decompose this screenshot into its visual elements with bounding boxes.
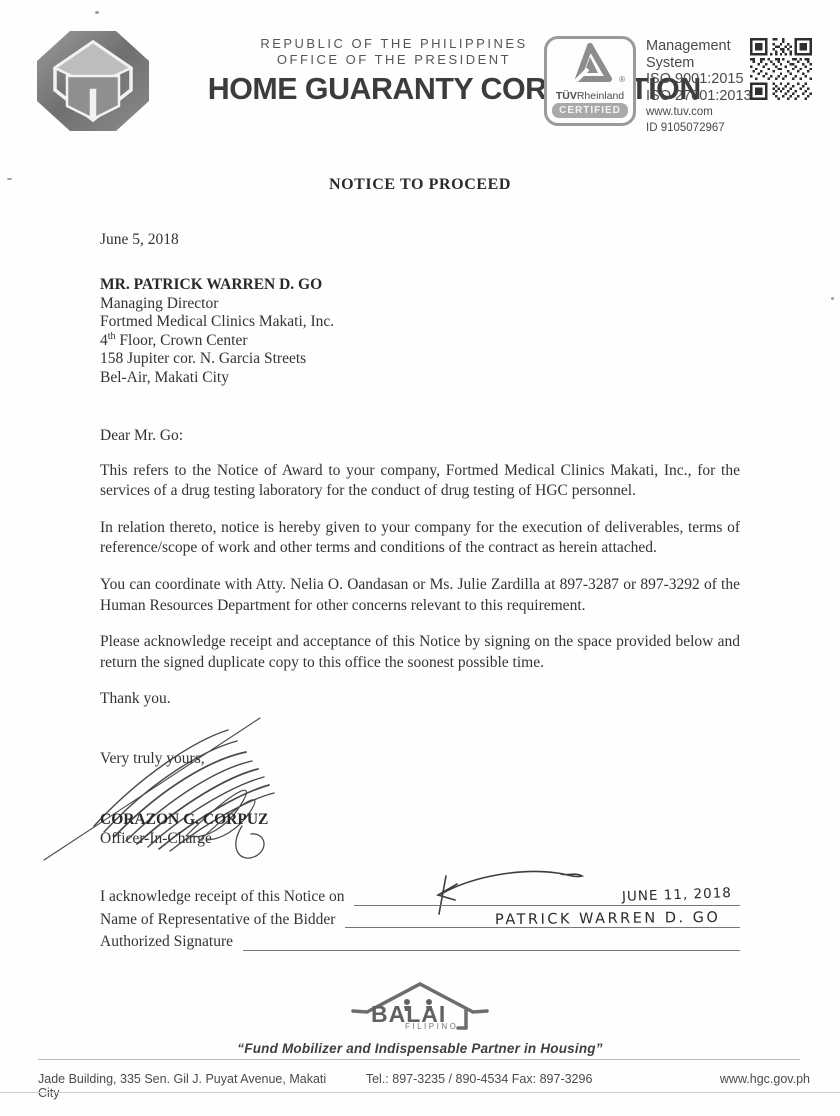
letter-title: NOTICE TO PROCEED (100, 176, 740, 194)
scan-artifact-dot (831, 297, 834, 300)
floor-ordinal: th (108, 331, 116, 342)
registered-mark: ® (619, 75, 625, 84)
acknowledgment-block: I acknowledge receipt of this Notice on … (100, 886, 740, 954)
recipient-block: MR. PATRICK WARREN D. GO Managing Direct… (100, 276, 740, 388)
signatory-name: CORAZON G. CORPUZ (100, 811, 268, 829)
recipient-street: 158 Jupiter cor. N. Garcia Streets (100, 350, 740, 369)
tuv-certified-seal: TÜVRheinland ® CERTIFIED (544, 36, 636, 126)
org-name: HOME GUARANTY CORPORATION (208, 71, 580, 107)
qr-code-icon (750, 38, 812, 100)
tuv-website: www.tuv.com (646, 106, 752, 120)
letter-date: June 5, 2018 (100, 231, 740, 249)
iso-certification-text: Management System ISO 9001:2015 ISO 2700… (646, 38, 752, 135)
recipient-position: Managing Director (100, 295, 740, 314)
paragraph-3: You can coordinate with Atty. Nelia O. O… (100, 575, 740, 616)
handwritten-representative-name: PATRICK WARREN D. GO (495, 907, 721, 932)
tuv-brand-label: TÜVRheinland (547, 90, 633, 102)
ack-row-signature: Authorized Signature (100, 931, 740, 954)
iso-line-3: ISO 9001:2015 (646, 71, 752, 88)
paragraph-2: In relation thereto, notice is hereby gi… (100, 518, 740, 559)
complimentary-close: Very truly yours, (100, 750, 205, 768)
tuv-brand-rest: Rheinland (577, 90, 624, 102)
footer-website: www.hgc.gov.ph (614, 1072, 810, 1100)
recipient-name: MR. PATRICK WARREN D. GO (100, 276, 740, 295)
letter-body: NOTICE TO PROCEED June 5, 2018 MR. PATRI… (100, 176, 740, 954)
hgc-octagon-house-logo-icon (34, 28, 152, 134)
closing-block: Very truly yours, CORAZON G. CORPUZ Offi… (100, 750, 740, 856)
ack-signature-label: Authorized Signature (100, 931, 233, 954)
footer-contact: Tel.: 897-3235 / 890-4534 Fax: 897-3296 (344, 1072, 614, 1100)
balai-footer-logo-block: BALAI FILIPINO “Fund Mobilizer and Indis… (0, 978, 840, 1056)
ack-row-date: I acknowledge receipt of this Notice on … (100, 886, 740, 909)
thank-you: Thank you. (100, 690, 740, 708)
salutation: Dear Mr. Go: (100, 427, 740, 445)
balai-filipino-logo-icon: BALAI FILIPINO (345, 978, 495, 1030)
letterhead: REPUBLIC OF THE PHILIPPINES OFFICE OF TH… (34, 26, 814, 136)
ack-date-label: I acknowledge receipt of this Notice on (100, 886, 344, 909)
footer-bar: Jade Building, 335 Sen. Gil J. Puyat Ave… (38, 1072, 810, 1100)
republic-line: REPUBLIC OF THE PHILIPPINES (204, 36, 584, 52)
tuv-id: ID 9105072967 (646, 122, 752, 136)
corporate-tagline: “Fund Mobilizer and Indispensable Partne… (0, 1041, 840, 1056)
recipient-company: Fortmed Medical Clinics Makati, Inc. (100, 313, 740, 332)
certified-banner: CERTIFIED (552, 103, 628, 118)
scanned-letter-page: REPUBLIC OF THE PHILIPPINES OFFICE OF TH… (0, 0, 840, 1116)
iso-line-1: Management (646, 38, 752, 55)
iso-line-4: ISO 27001:2013 (646, 88, 752, 105)
recipient-city: Bel-Air, Makati City (100, 369, 740, 388)
paragraph-1: This refers to the Notice of Award to yo… (100, 461, 740, 502)
scan-artifact-dot (95, 11, 99, 14)
ack-signature-line (243, 932, 740, 951)
footer-divider (38, 1059, 800, 1060)
floor-number: 4 (100, 332, 108, 349)
iso-line-2: System (646, 55, 752, 72)
footer-bottom-rule (0, 1092, 840, 1093)
ack-row-name: Name of Representative of the Bidder PAT… (100, 909, 740, 932)
recipient-floor: 4th Floor, Crown Center (100, 332, 740, 351)
tuv-triangle-icon (568, 43, 612, 83)
letterhead-text: REPUBLIC OF THE PHILIPPINES OFFICE OF TH… (204, 36, 584, 107)
scan-artifact-dot (7, 178, 12, 180)
footer-address: Jade Building, 335 Sen. Gil J. Puyat Ave… (38, 1072, 344, 1100)
tuv-brand-bold: TÜV (556, 90, 577, 102)
handwritten-date: JUNE 11, 2018 (622, 882, 733, 908)
floor-rest: Floor, Crown Center (116, 332, 248, 349)
office-line: OFFICE OF THE PRESIDENT (204, 52, 584, 68)
ack-name-line: PATRICK WARREN D. GO (345, 909, 740, 928)
svg-text:FILIPINO: FILIPINO (405, 1022, 458, 1030)
signatory-title: Officer-In-Charge (100, 830, 212, 848)
paragraph-4: Please acknowledge receipt and acceptanc… (100, 632, 740, 673)
ack-date-line: JUNE 11, 2018 (354, 887, 740, 906)
ack-name-label: Name of Representative of the Bidder (100, 909, 335, 932)
